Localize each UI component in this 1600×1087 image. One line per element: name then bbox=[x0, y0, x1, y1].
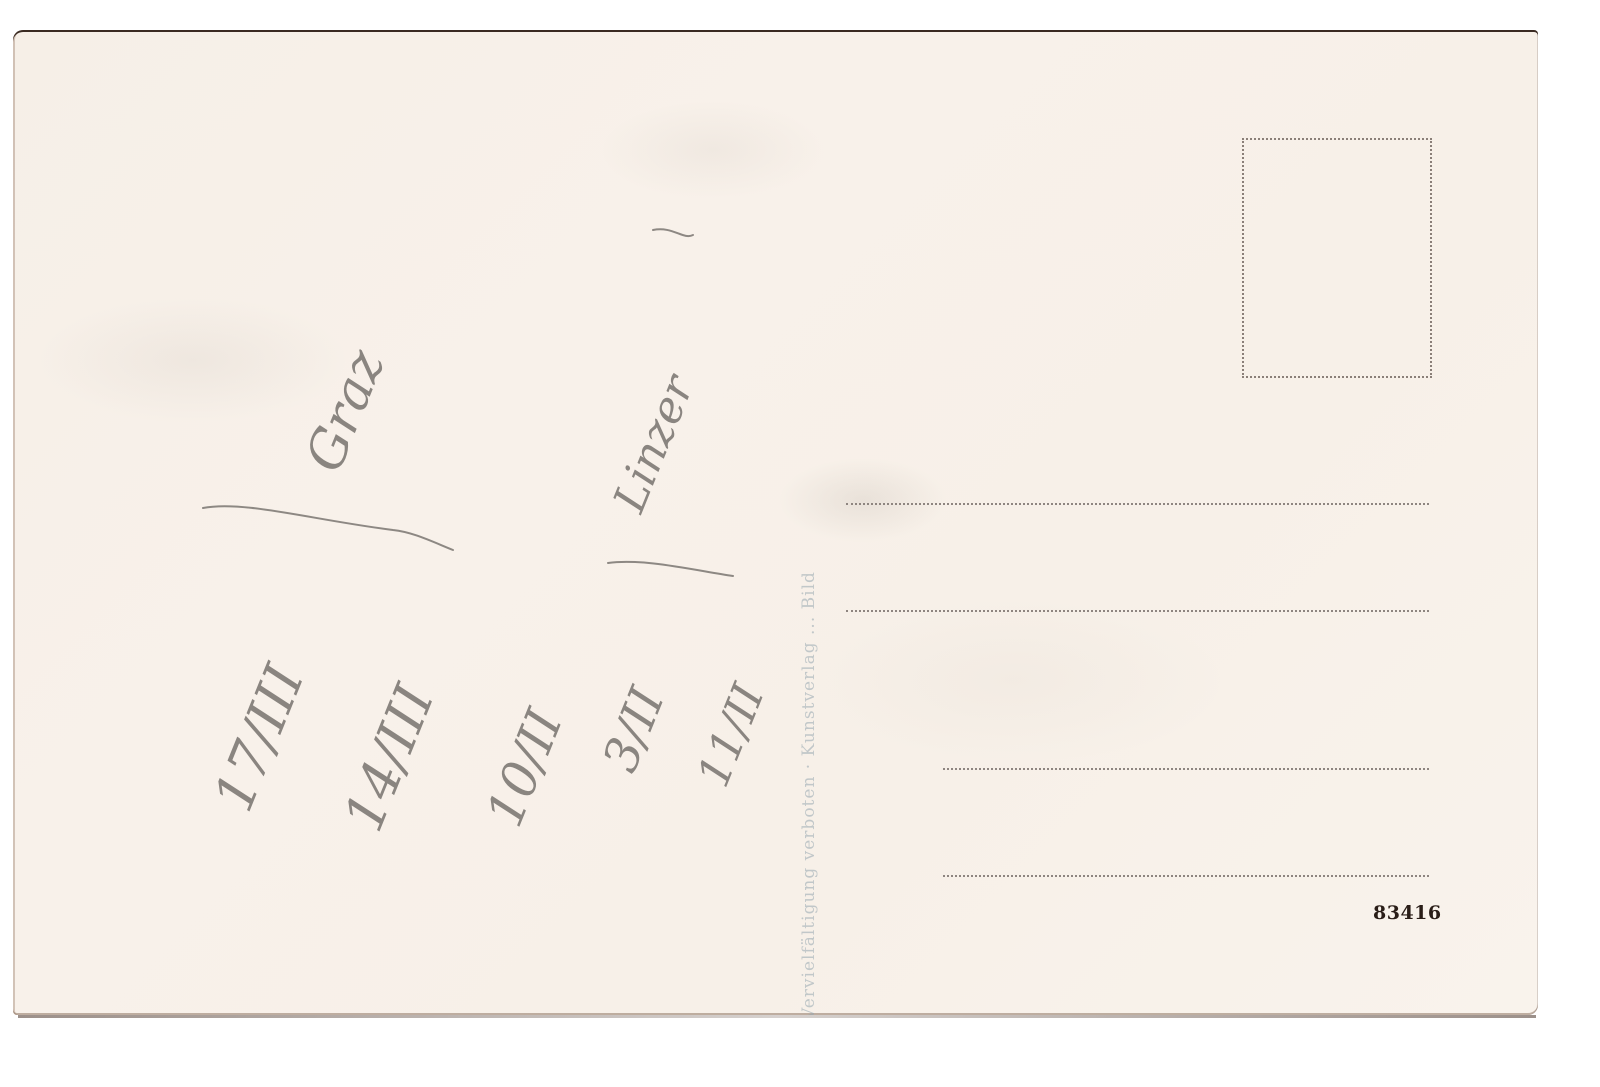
postcard-back: 83416 Vervielfältigung verboten · Kunstv… bbox=[13, 30, 1538, 1015]
note-word-1: Graz bbox=[294, 341, 397, 480]
note-date-3: 10/II bbox=[475, 700, 574, 834]
note-date-2: 14/III bbox=[332, 675, 448, 840]
note-date-5: 11/II bbox=[688, 676, 775, 794]
note-date-1: 17/III bbox=[202, 655, 318, 820]
underline-1 bbox=[653, 229, 693, 236]
note-word-2: Linzer bbox=[604, 366, 706, 520]
note-date-4: 3/II bbox=[592, 679, 676, 779]
brace-1 bbox=[203, 506, 453, 550]
card-edge-shadow bbox=[18, 1015, 1536, 1018]
brace-2 bbox=[608, 562, 733, 576]
